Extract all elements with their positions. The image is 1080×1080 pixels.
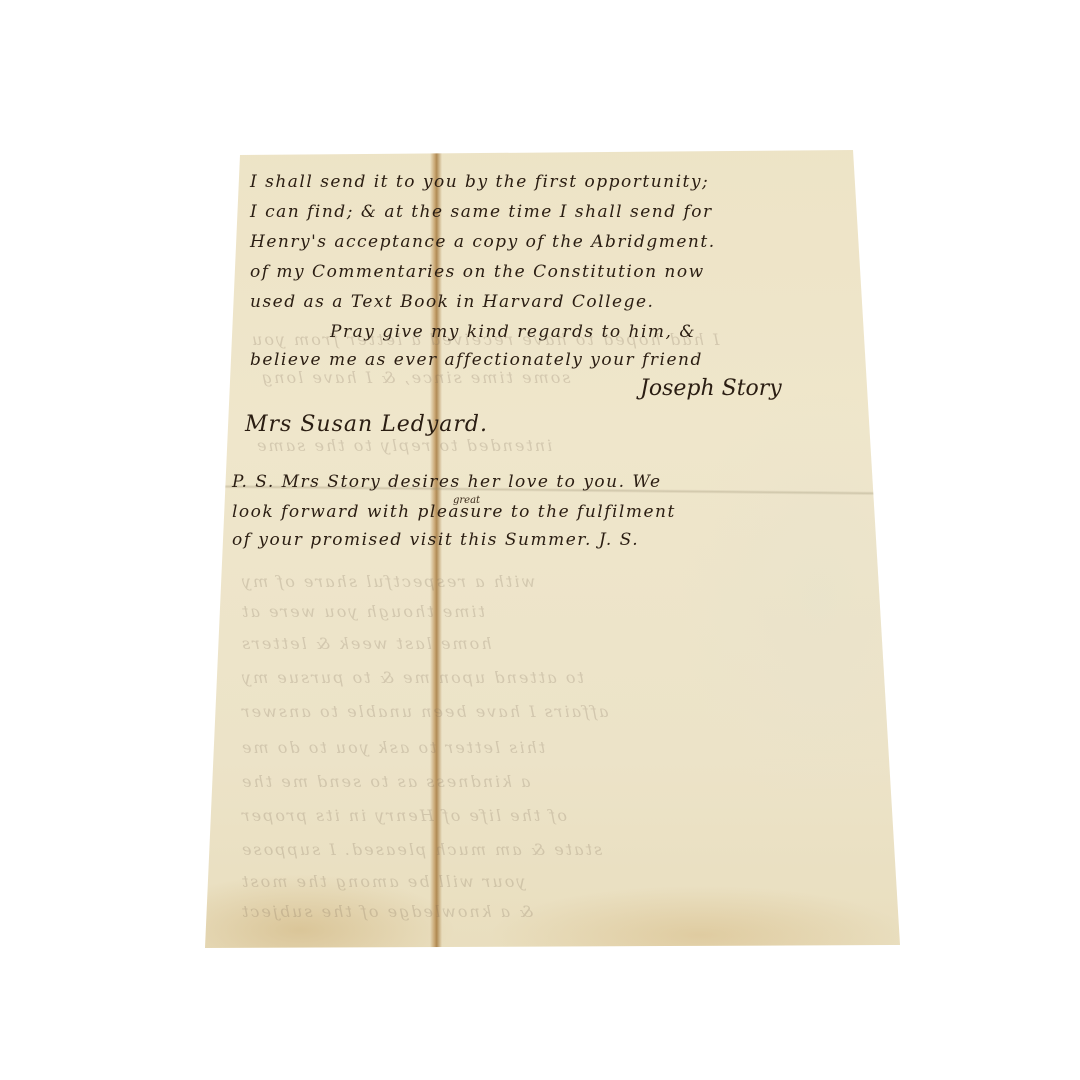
- bleed-through-line: some time since, & I have long: [260, 368, 571, 387]
- body-line: Henry's acceptance a copy of the Abridgm…: [250, 232, 716, 252]
- bleed-through-line: intended to reply to the same: [255, 436, 552, 455]
- postscript-line: look forward with pleasure to the fulfil…: [232, 502, 676, 522]
- addressee: Mrs Susan Ledyard.: [245, 412, 488, 437]
- bleed-through-line: & a knowledge of the subject: [240, 902, 533, 921]
- bleed-through-line: home last week & letters: [240, 634, 492, 653]
- letter-sheet: I had hoped to have received a letter fr…: [0, 0, 1080, 1080]
- postscript-line: P. S. Mrs Story desires her love to you.…: [232, 472, 662, 492]
- bleed-through-line: time though you were at: [240, 602, 485, 621]
- bleed-through-line: with a respectful share of my: [240, 572, 535, 591]
- letter-photo: I had hoped to have received a letter fr…: [0, 0, 1080, 1080]
- closing-line: believe me as ever affectionately your f…: [250, 350, 703, 370]
- bleed-through-line: affairs I have been unable to answer: [240, 702, 608, 721]
- bleed-through-line: state & am much pleased. I suppose: [240, 840, 602, 859]
- body-line: used as a Text Book in Harvard College.: [250, 292, 654, 312]
- body-line: I can find; & at the same time I shall s…: [250, 202, 713, 222]
- postscript-line: of your promised visit this Summer. J. S…: [232, 530, 639, 550]
- bleed-through-line: a kindness as to send me the: [240, 772, 531, 791]
- bleed-through-line: this letter to ask you to do me: [240, 738, 545, 757]
- body-line: of my Commentaries on the Constitution n…: [250, 262, 705, 282]
- bleed-through-line: of the life of Henry in its proper: [240, 806, 567, 825]
- closing-line: Pray give my kind regards to him, &: [330, 322, 696, 342]
- body-line: I shall send it to you by the first oppo…: [250, 172, 709, 192]
- bleed-through-line: to attend upon me & to pursue my: [240, 668, 584, 687]
- bleed-through-line: your will be among the most: [240, 872, 525, 891]
- signature: Joseph Story: [640, 376, 782, 401]
